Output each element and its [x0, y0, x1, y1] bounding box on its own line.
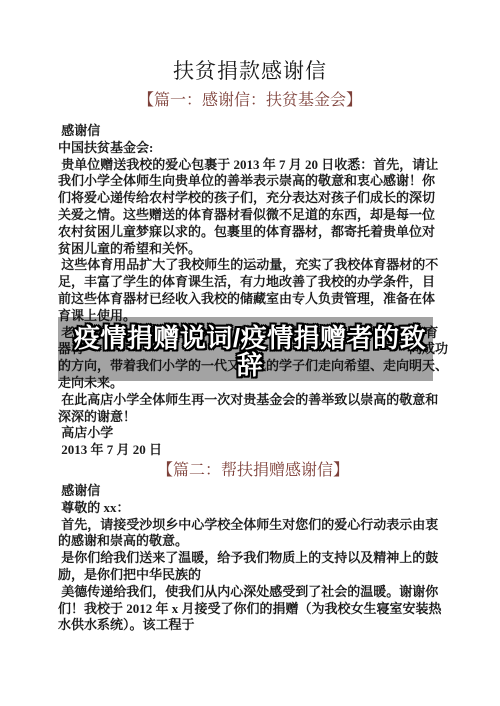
letter-line: 我们小学全体师生向贵单位的善举表示崇高的敬意和衷心感谢！你 — [58, 173, 448, 190]
letter-line: 在此高店小学全体师生再一次对贵基金会的善举致以崇高的敬意和 — [58, 392, 448, 409]
letter-line: 们！我校于 2012 年 x 月接受了你们的捐赠（为我校女生寝室安装热 — [58, 601, 448, 618]
letter-line: 美德传递给我们，使我们从内心深处感受到了社会的温暖。谢谢你 — [58, 584, 448, 601]
letter-line: 贵单位赠送我校的爱心包裹于 2013 年 7 月 20 日收悉：首先，请让 — [58, 157, 448, 174]
letter-line: 农村贫困儿童梦寐以求的。包裹里的体育器材，都寄托着贵单位对 — [58, 224, 448, 241]
letter-line: 这些体育用品扩大了我校师生的运动量，充实了我校体育器材的不 — [58, 257, 448, 274]
watermark-text: 疫情捐赠说词/疫情捐赠者的致辞 — [62, 325, 438, 379]
letter-line: 中国扶贫基金会: — [58, 140, 448, 157]
letter-line: 水供水系统）。该工程于 — [58, 617, 448, 634]
letter-line: 们将爱心递传给农村学校的孩子们，充分表达对孩子们成长的深切 — [58, 190, 448, 207]
letter-line: 首先，请接受沙坝乡中心学校全体师生对您们的爱心行动表示由衷 — [58, 517, 448, 534]
letter-line: 尊敬的 xx： — [58, 500, 448, 517]
letter-line: 感谢信 — [58, 483, 448, 500]
section-1-header: 【篇一：感谢信：扶贫基金会】 — [0, 90, 500, 111]
letter-line: 前这些体育器材已经收入我校的储藏室由专人负责管理，准备在体 — [58, 291, 448, 308]
letter-line: 高店小学 — [58, 425, 448, 442]
letter-line: 励，是你们把中华民族的 — [58, 567, 448, 584]
letter-line: 足，丰富了学生的体育课生活，有力地改善了我校的办学条件，目 — [58, 274, 448, 291]
letter-line: 关爱之情。这些赠送的体育器材看似微不足道的东西，却是每一位 — [58, 207, 448, 224]
document-page: 扶贫捐款感谢信 【篇一：感谢信：扶贫基金会】 感谢信中国扶贫基金会: 贵单位赠送… — [0, 0, 500, 706]
page-title: 扶贫捐款感谢信 — [0, 0, 500, 85]
letter-line: 是你们给我们送来了温暖，给予我们物质上的支持以及精神上的鼓 — [58, 550, 448, 567]
letter-line: 2013 年 7 月 20 日 — [58, 442, 448, 459]
section-2-header: 【篇二：帮扶捐赠感谢信】 — [58, 459, 448, 483]
letter-line: 深深的谢意！ — [58, 409, 448, 426]
letter-line: 的感谢和崇高的敬意。 — [58, 533, 448, 550]
letter-line: 感谢信 — [58, 123, 448, 140]
letter-line: 贫困儿童的希望和关怀。 — [58, 241, 448, 258]
